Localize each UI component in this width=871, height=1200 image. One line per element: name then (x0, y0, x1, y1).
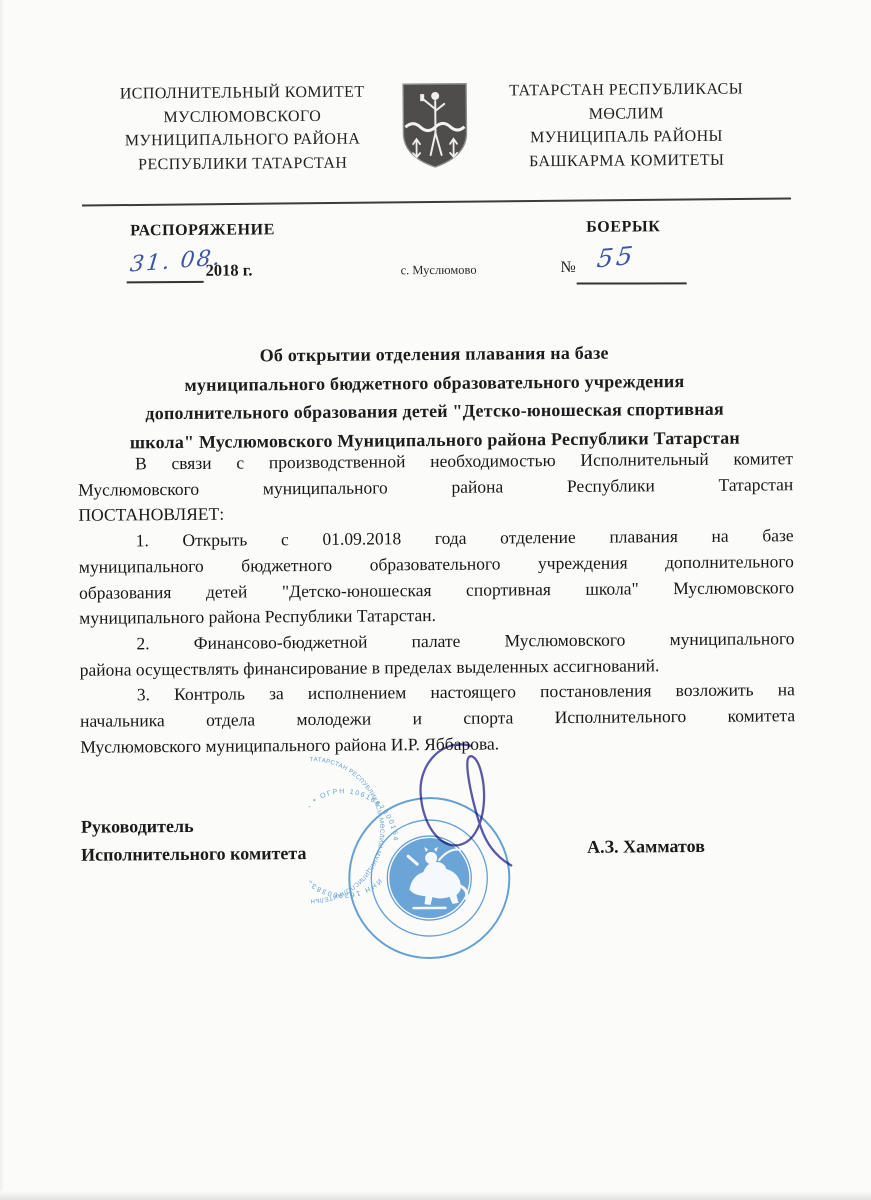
document-title: Об открытии отделения плавания на базему… (77, 337, 792, 457)
letterhead-line: ИСПОЛНИТЕЛЬНЫЙ КОМИТЕТ (97, 80, 387, 106)
coat-of-arms-icon (399, 79, 471, 171)
letterhead-tatar: ТАТАРСТАН РЕСПУБЛИКАСЫМӨСЛИММУНИЦИПАЛЬ Р… (490, 77, 763, 173)
doc-type-russian: РАСПОРЯЖЕНИЕ (130, 221, 275, 240)
signer-name: А.З. Хамматов (587, 836, 705, 858)
letterhead-line: МУНИЦИПАЛЬНОГО РАЙОНА (97, 127, 387, 153)
letterhead-line: МӨСЛИМ (490, 101, 762, 127)
letterhead-russian: ИСПОЛНИТЕЛЬНЫЙ КОМИТЕТМУСЛЮМОВСКОГОМУНИЦ… (97, 80, 388, 176)
divider-line (82, 197, 791, 206)
signer-position-line: Руководитель (81, 811, 307, 841)
handwritten-number: 55 (595, 241, 637, 274)
doc-type-tatar: БОЕРЫК (586, 218, 660, 237)
signer-position-line: Исполнительного комитета (81, 839, 307, 869)
letterhead-line: МУСЛЮМОВСКОГО (97, 104, 387, 130)
letterhead-line: РЕСПУБЛИКИ ТАТАРСТАН (98, 151, 388, 177)
date-underline (127, 281, 204, 283)
handwritten-signature (398, 735, 539, 876)
place-label: с. Муслюмово (400, 263, 476, 279)
letterhead-line: ТАТАРСТАН РЕСПУБЛИКАСЫ (490, 77, 762, 103)
scanned-document-page: ИСПОЛНИТЕЛЬНЫЙ КОМИТЕТМУСЛЮМОВСКОГОМУНИЦ… (0, 0, 871, 1200)
letterhead-line: БАШКАРМА КОМИТЕТЫ (491, 148, 763, 174)
scan-content: ИСПОЛНИТЕЛЬНЫЙ КОМИТЕТМУСЛЮМОВСКОГОМУНИЦ… (0, 0, 871, 1200)
document-body: В связи с производственной необходимость… (78, 446, 795, 760)
scan-edge-left (0, 0, 5, 1200)
number-underline (577, 282, 687, 284)
signer-position: РуководительИсполнительного комитета (81, 811, 307, 869)
year-label: 2018 г. (205, 260, 252, 280)
number-sign: № (560, 259, 575, 277)
scan-edge-bottom (0, 1191, 871, 1200)
letterhead-line: МУНИЦИПАЛЬ РАЙОНЫ (490, 124, 762, 150)
